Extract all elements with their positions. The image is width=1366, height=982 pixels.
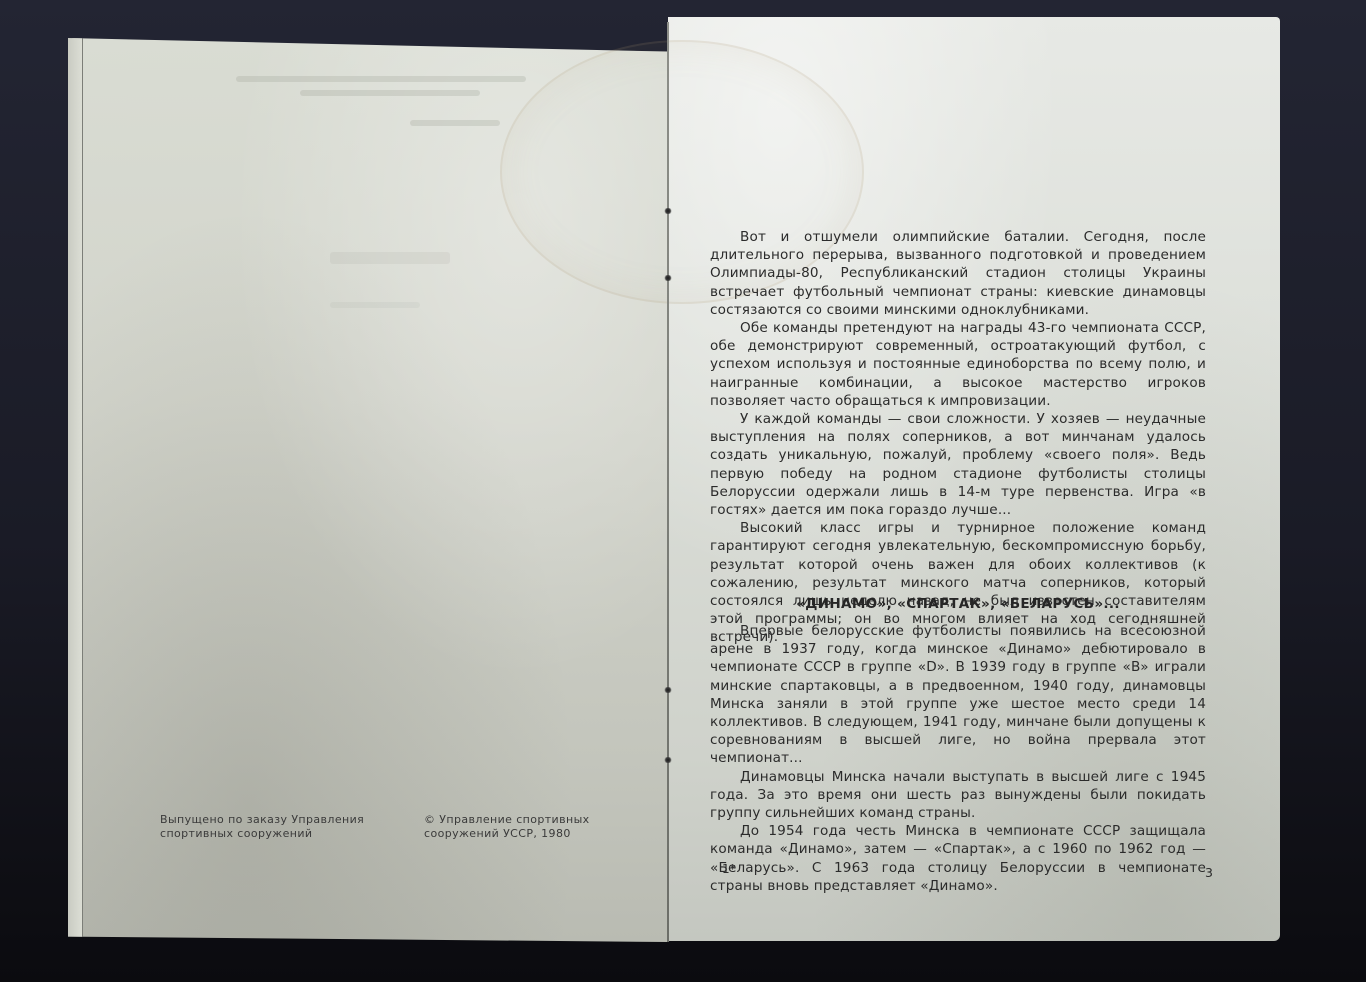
staple-stitch xyxy=(664,757,672,763)
intro-text: Вот и отшумели олимпийские баталии. Сего… xyxy=(710,228,1206,647)
paragraph: До 1954 года честь Минска в чемпионате С… xyxy=(710,822,1206,895)
publisher-imprint: Выпущено по заказу Управления спортивных… xyxy=(160,813,380,841)
staple-stitch xyxy=(664,275,672,281)
paragraph: У каждой команды — свои сложности. У хоз… xyxy=(710,410,1206,519)
spine-fold xyxy=(667,22,669,942)
cover-flap xyxy=(68,38,83,942)
page-number: 3 xyxy=(1205,865,1213,880)
bleed-through-mark xyxy=(300,90,480,96)
section-text: Впервые белорусские футболисты появились… xyxy=(710,622,1206,895)
copyright-imprint: © Управление спортивных сооружений УССР,… xyxy=(424,813,644,841)
bleed-through-mark xyxy=(410,120,500,126)
bleed-through-mark xyxy=(330,252,450,264)
booklet-spread: Выпущено по заказу Управления спортивных… xyxy=(0,0,1366,982)
paragraph: Динамовцы Минска начали выступать в высш… xyxy=(710,768,1206,823)
paragraph: Впервые белорусские футболисты появились… xyxy=(710,622,1206,768)
bleed-through-mark xyxy=(236,76,526,82)
paragraph: Вот и отшумели олимпийские баталии. Сего… xyxy=(710,228,1206,319)
bleed-through-mark xyxy=(330,302,420,308)
staple-stitch xyxy=(664,687,672,693)
staple-stitch xyxy=(664,208,672,214)
signature-mark: 1* xyxy=(722,862,736,876)
section-heading: «ДИНАМО», «СПАРТАК», «БЕЛАРУСЬ»... xyxy=(710,596,1206,612)
paragraph: Обе команды претендуют на награды 43-го … xyxy=(710,319,1206,410)
